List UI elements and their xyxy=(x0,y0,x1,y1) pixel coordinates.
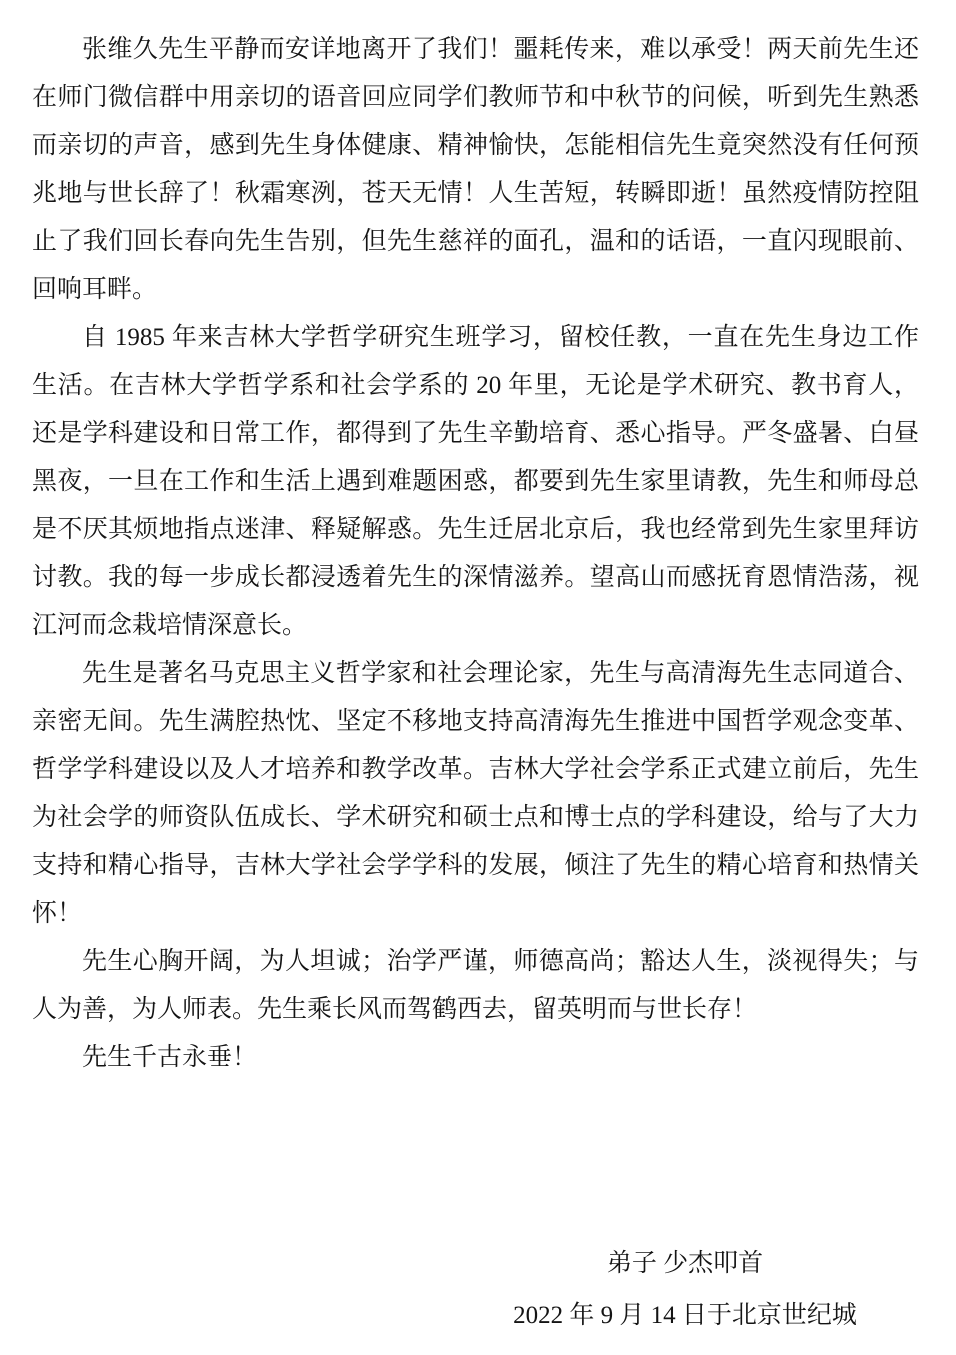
paragraph-1: 张维久先生平静而安详地离开了我们！噩耗传来，难以承受！两天前先生还 在师门微信群… xyxy=(32,26,919,314)
signature-block: 弟子 少杰叩首 2022 年 9 月 14 日于北京世纪城 xyxy=(420,1238,950,1342)
text-line: 回响耳畔。 xyxy=(32,266,919,314)
text-line: 怀！ xyxy=(32,890,919,938)
text-line: 还是学科建设和日常工作，都得到了先生辛勤培育、悉心指导。严冬盛暑、白昼 xyxy=(32,410,919,458)
text-line: 在师门微信群中用亲切的语音回应同学们教师节和中秋节的问候，听到先生熟悉 xyxy=(32,74,919,122)
text-line: 先生千古永垂！ xyxy=(32,1034,919,1082)
text-line: 亲密无间。先生满腔热忱、坚定不移地支持高清海先生推进中国哲学观念变革、 xyxy=(32,698,919,746)
text-line: 自 1985 年来吉林大学哲学研究生班学习，留校任教，一直在先生身边工作 xyxy=(32,314,919,362)
text-line: 人为善，为人师表。先生乘长风而驾鹤西去，留英明而与世长存！ xyxy=(32,986,919,1034)
text-line: 哲学学科建设以及人才培养和教学改革。吉林大学社会学系正式建立前后，先生 xyxy=(32,746,919,794)
text-line: 为社会学的师资队伍成长、学术研究和硕士点和博士点的学科建设，给与了大力 xyxy=(32,794,919,842)
text-line: 止了我们回长春向先生告别，但先生慈祥的面孔，温和的话语，一直闪现眼前、 xyxy=(32,218,919,266)
paragraph-4: 先生心胸开阔，为人坦诚；治学严谨，师德高尚；豁达人生，淡视得失；与 人为善，为人… xyxy=(32,938,919,1034)
document-page: 张维久先生平静而安详地离开了我们！噩耗传来，难以承受！两天前先生还 在师门微信群… xyxy=(0,0,956,1355)
text-line: 先生心胸开阔，为人坦诚；治学严谨，师德高尚；豁达人生，淡视得失；与 xyxy=(32,938,919,986)
paragraph-3: 先生是著名马克思主义哲学家和社会理论家，先生与高清海先生志同道合、 亲密无间。先… xyxy=(32,650,919,938)
text-line: 生活。在吉林大学哲学系和社会学系的 20 年里，无论是学术研究、教书育人， xyxy=(32,362,919,410)
paragraph-2: 自 1985 年来吉林大学哲学研究生班学习，留校任教，一直在先生身边工作 生活。… xyxy=(32,314,919,650)
text-line: 江河而念栽培情深意长。 xyxy=(32,602,919,650)
text-line: 支持和精心指导，吉林大学社会学学科的发展，倾注了先生的精心培育和热情关 xyxy=(32,842,919,890)
signature-line: 弟子 少杰叩首 xyxy=(420,1238,950,1290)
text-line: 兆地与世长辞了！秋霜寒洌，苍天无情！人生苦短，转瞬即逝！虽然疫情防控阻 xyxy=(32,170,919,218)
text-line: 是不厌其烦地指点迷津、释疑解惑。先生迁居北京后，我也经常到先生家里拜访 xyxy=(32,506,919,554)
text-line: 先生是著名马克思主义哲学家和社会理论家，先生与高清海先生志同道合、 xyxy=(32,650,919,698)
text-line: 张维久先生平静而安详地离开了我们！噩耗传来，难以承受！两天前先生还 xyxy=(32,26,919,74)
text-line: 讨教。我的每一步成长都浸透着先生的深情滋养。望高山而感抚育恩情浩荡，视 xyxy=(32,554,919,602)
letter-body: 张维久先生平静而安详地离开了我们！噩耗传来，难以承受！两天前先生还 在师门微信群… xyxy=(32,26,919,1082)
date-line: 2022 年 9 月 14 日于北京世纪城 xyxy=(420,1290,950,1342)
text-line: 黑夜，一旦在工作和生活上遇到难题困惑，都要到先生家里请教，先生和师母总 xyxy=(32,458,919,506)
paragraph-5: 先生千古永垂！ xyxy=(32,1034,919,1082)
text-line: 而亲切的声音，感到先生身体健康、精神愉快，怎能相信先生竟突然没有任何预 xyxy=(32,122,919,170)
